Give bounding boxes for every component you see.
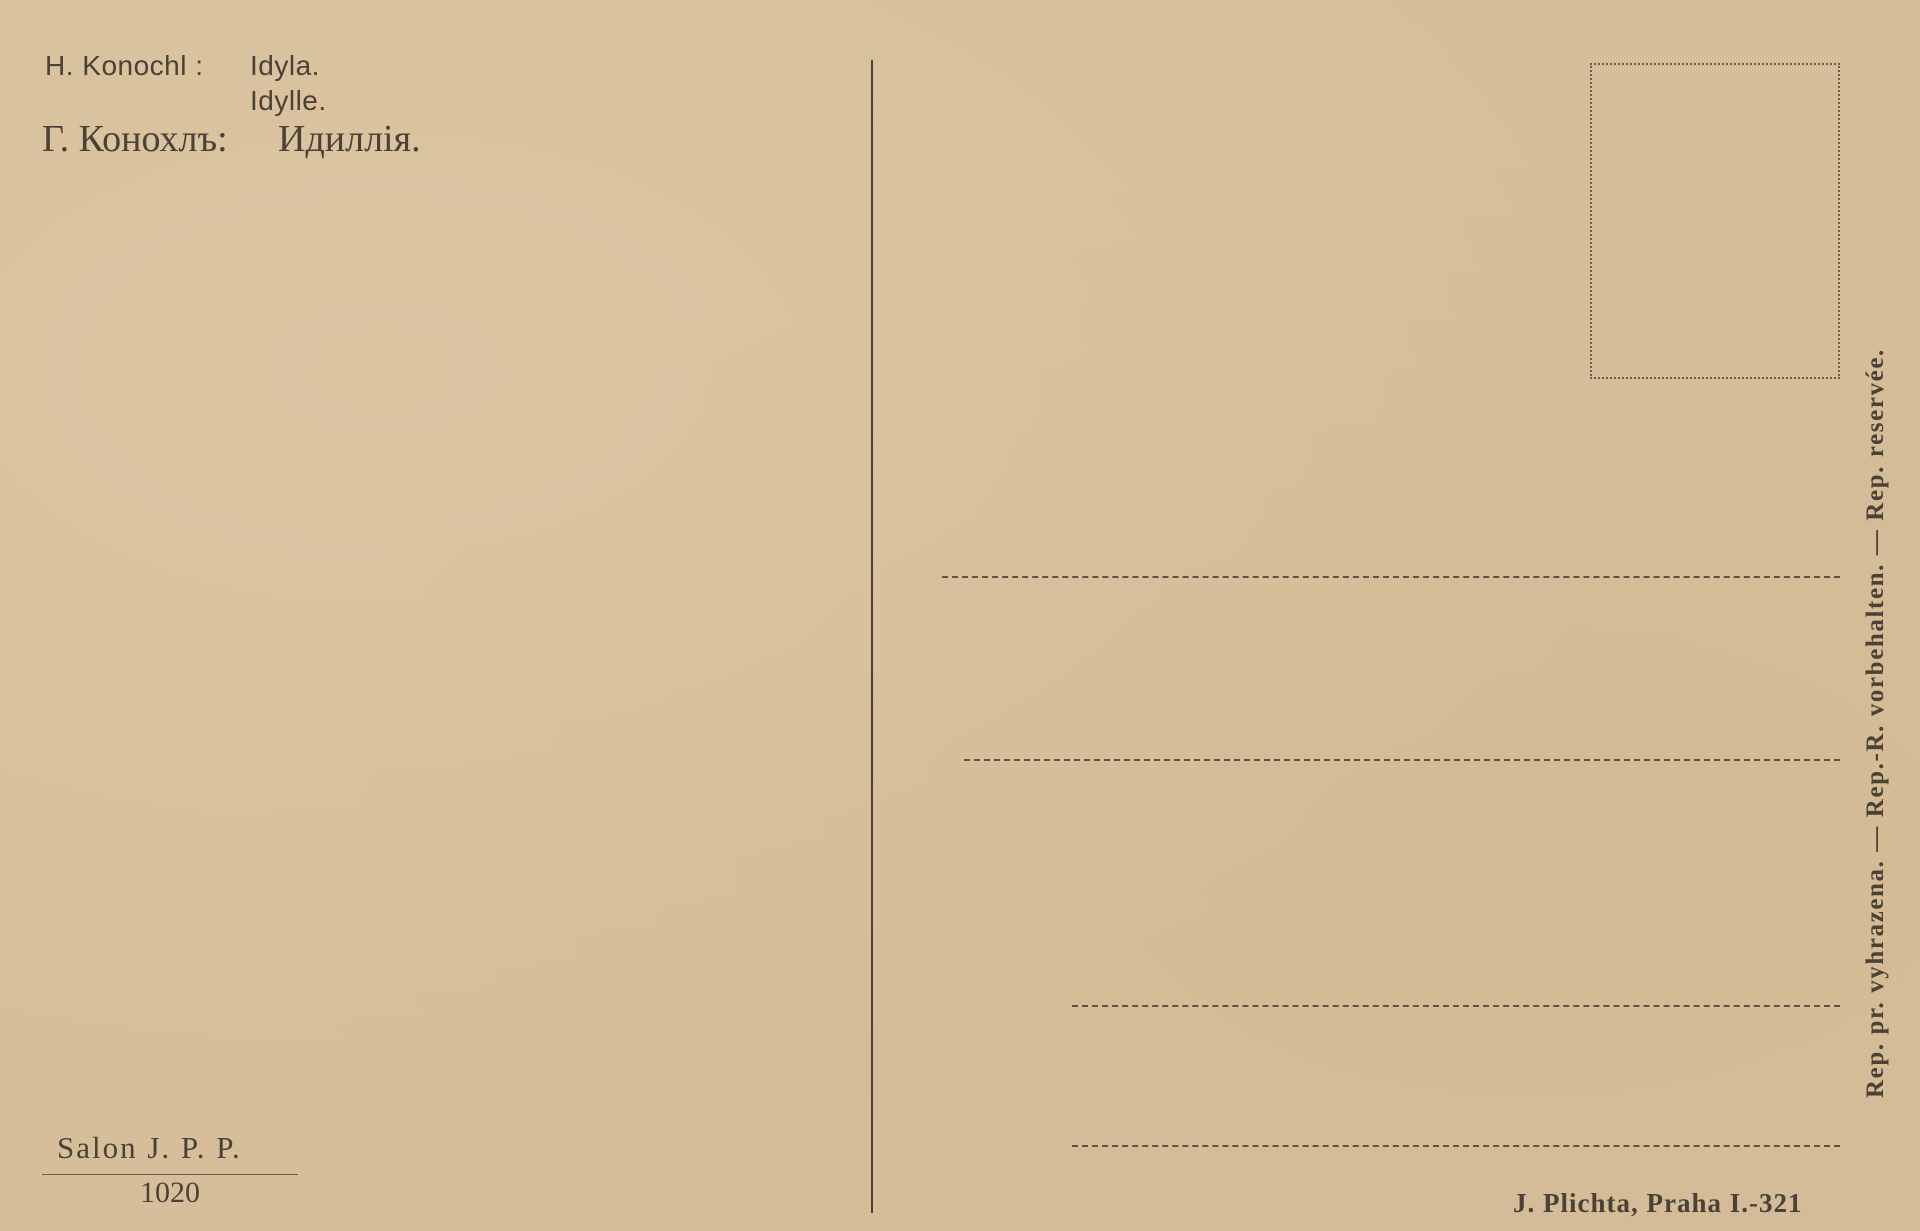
artist-name-latin: H. Konochl : — [45, 50, 204, 82]
series-number: 1020 — [140, 1176, 200, 1210]
copyright-notice-vertical: Rep. pr. vyhrazena. — Rep.-R. vorbehalte… — [1862, 243, 1890, 1098]
artist-name-cyrillic: Г. Конохлъ: — [42, 117, 228, 161]
title-czech: Idyla. — [250, 50, 320, 82]
address-line-1 — [942, 576, 1840, 578]
stamp-box — [1590, 63, 1840, 379]
title-cyrillic: Идиллія. — [278, 117, 421, 161]
series-underline — [42, 1174, 298, 1175]
title-french: Idylle. — [250, 85, 327, 117]
series-label: Salon J. P. P. — [57, 1130, 242, 1166]
center-divider — [871, 60, 873, 1213]
address-line-3 — [1072, 1005, 1840, 1007]
address-line-2 — [964, 759, 1840, 761]
address-line-4 — [1072, 1145, 1840, 1147]
publisher-imprint: J. Plichta, Praha I.-321 — [1513, 1188, 1802, 1219]
